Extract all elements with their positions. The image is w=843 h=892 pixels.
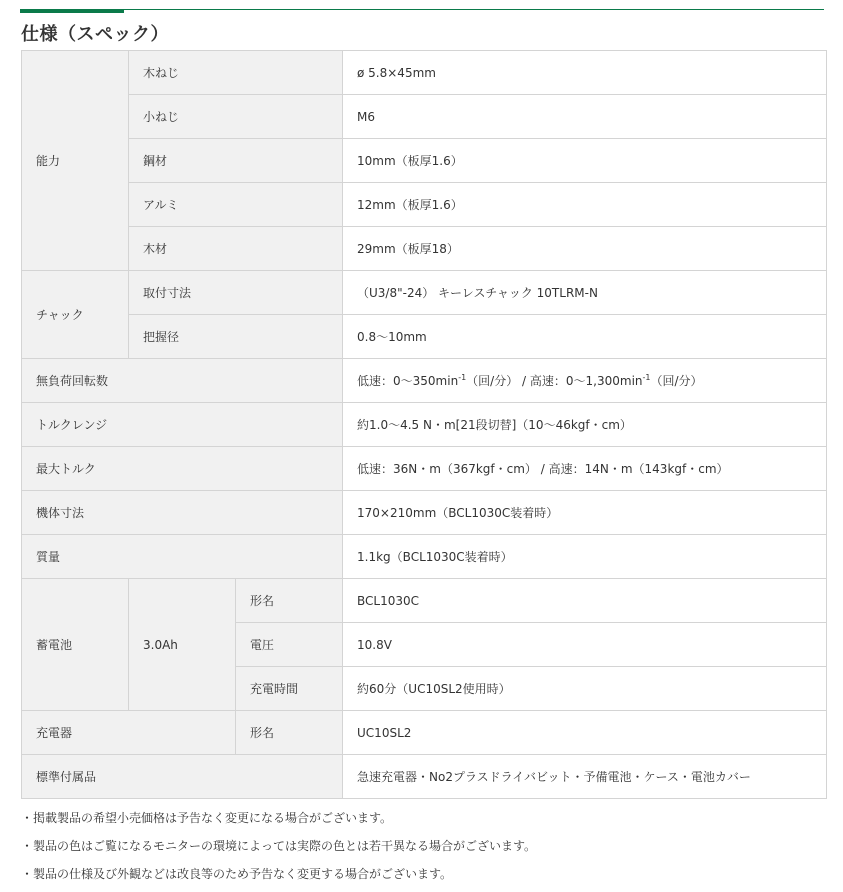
speed-unit-text: （回/分） [651,374,703,388]
row-value: 急速充電器・No2プラスドライバビット・予備電池・ケース・電池カバー [343,755,827,799]
row-subheader: 形名 [236,711,343,755]
row-header-max-torque: 最大トルク [22,447,343,491]
row-value: 0.8～10mm [343,315,827,359]
row-header-capacity: 能力 [22,51,129,271]
row-header-no-load-speed: 無負荷回転数 [22,359,343,403]
speed-high-text: （回/分） / 高速：0～1,300min [466,374,642,388]
row-value: 170×210mm（BCL1030C装着時） [343,491,827,535]
row-subheader: アルミ [129,183,343,227]
section-divider-accent [20,9,124,13]
row-header-accessories: 標準付属品 [22,755,343,799]
row-value: 1.1kg（BCL1030C装着時） [343,535,827,579]
row-header-dimensions: 機体寸法 [22,491,343,535]
table-row: アルミ 12mm（板厚1.6） [22,183,827,227]
battery-capacity: 3.0Ah [129,579,236,711]
row-subheader: 鋼材 [129,139,343,183]
row-header-chuck: チャック [22,271,129,359]
spec-table: 能力 木ねじ ø 5.8×45mm 小ねじ M6 鋼材 10mm（板厚1.6） … [21,50,827,799]
superscript: -1 [643,373,651,382]
row-subheader: 充電時間 [236,667,343,711]
table-row: 質量 1.1kg（BCL1030C装着時） [22,535,827,579]
row-subheader: 小ねじ [129,95,343,139]
row-value: BCL1030C [343,579,827,623]
row-value: 10.8V [343,623,827,667]
row-value: 約60分（UC10SL2使用時） [343,667,827,711]
row-header-charger: 充電器 [22,711,236,755]
row-value: M6 [343,95,827,139]
table-row: 蓄電池 3.0Ah 形名 BCL1030C [22,579,827,623]
notes-list: ・掲載製品の希望小売価格は予告なく変更になる場合がございます。 ・製品の色はご覧… [21,808,536,892]
table-row: 能力 木ねじ ø 5.8×45mm [22,51,827,95]
row-header-torque-range: トルクレンジ [22,403,343,447]
table-row: 把握径 0.8～10mm [22,315,827,359]
table-row: 機体寸法 170×210mm（BCL1030C装着時） [22,491,827,535]
row-value: ø 5.8×45mm [343,51,827,95]
row-subheader: 形名 [236,579,343,623]
section-divider [20,9,824,10]
table-row: 充電器 形名 UC10SL2 [22,711,827,755]
row-header-weight: 質量 [22,535,343,579]
row-subheader: 木ねじ [129,51,343,95]
row-subheader: 電圧 [236,623,343,667]
row-value: UC10SL2 [343,711,827,755]
row-value: 10mm（板厚1.6） [343,139,827,183]
table-row: 鋼材 10mm（板厚1.6） [22,139,827,183]
row-subheader: 把握径 [129,315,343,359]
row-value-no-load-speed: 低速：0～350min-1（回/分） / 高速：0～1,300min-1（回/分… [343,359,827,403]
table-row: 標準付属品 急速充電器・No2プラスドライバビット・予備電池・ケース・電池カバー [22,755,827,799]
row-header-battery: 蓄電池 [22,579,129,711]
row-value: （U3/8"-24） キーレスチャック 10TLRM-N [343,271,827,315]
row-value: 約1.0～4.5 N・m[21段切替]（10～46kgf・cm） [343,403,827,447]
table-row: トルクレンジ 約1.0～4.5 N・m[21段切替]（10～46kgf・cm） [22,403,827,447]
row-value: 低速：36N・m（367kgf・cm） / 高速：14N・m（143kgf・cm… [343,447,827,491]
note-item: ・製品の仕様及び外観などは改良等のため予告なく変更する場合がございます。 [21,864,536,892]
row-subheader: 木材 [129,227,343,271]
row-subheader: 取付寸法 [129,271,343,315]
page-title: 仕様（スペック） [21,23,169,47]
row-value: 12mm（板厚1.6） [343,183,827,227]
row-value: 29mm（板厚18） [343,227,827,271]
table-row: 木材 29mm（板厚18） [22,227,827,271]
note-item: ・掲載製品の希望小売価格は予告なく変更になる場合がございます。 [21,808,536,836]
table-row: 最大トルク 低速：36N・m（367kgf・cm） / 高速：14N・m（143… [22,447,827,491]
note-item: ・製品の色はご覧になるモニターの環境によっては実際の色とは若干異なる場合がござい… [21,836,536,864]
superscript: -1 [458,373,466,382]
table-row: 無負荷回転数 低速：0～350min-1（回/分） / 高速：0～1,300mi… [22,359,827,403]
table-row: チャック 取付寸法 （U3/8"-24） キーレスチャック 10TLRM-N [22,271,827,315]
speed-low-text: 低速：0～350min [357,374,458,388]
table-row: 小ねじ M6 [22,95,827,139]
